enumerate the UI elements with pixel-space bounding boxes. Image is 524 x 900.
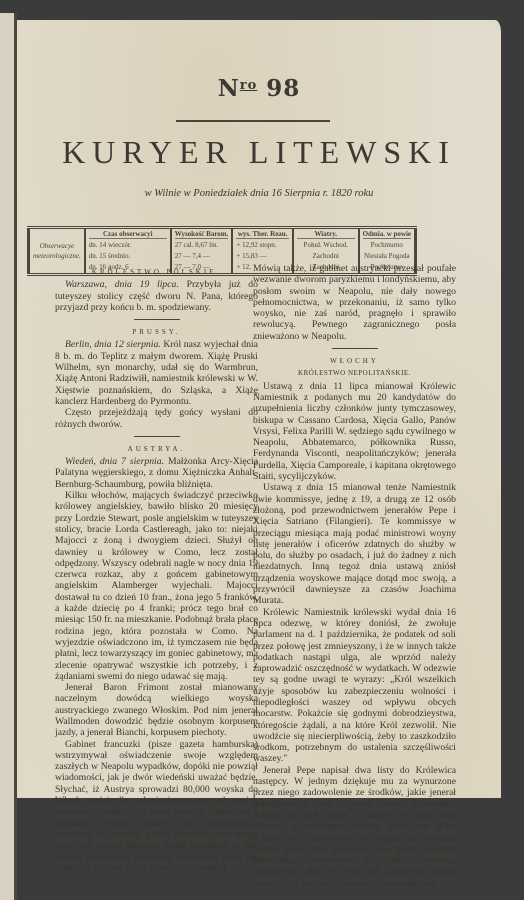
meteo-cell: dn. 15 średnio. <box>89 251 167 262</box>
article-paragraph: Mówią także, iż gabinet austryacki przes… <box>253 263 456 342</box>
newspaper-page: Nro 98 KURYER LITEWSKI w Wilnie w Ponied… <box>17 20 501 798</box>
article-paragraph: Berlin, dnia 12 sierpnia. Król nasz wyje… <box>55 339 258 407</box>
dateline: w Wilnie w Poniedziałek dnia 16 Sierpnia… <box>17 188 501 199</box>
article-paragraph: Kilku włochów, mających świadczyć przeci… <box>55 490 258 682</box>
section-heading: PRUSSY. <box>55 327 258 338</box>
article-paragraph: Jenerał Pepe napisał dwa listy do Królew… <box>253 765 456 889</box>
meteo-cell: 27 — 7,4 — <box>175 251 229 262</box>
meteo-header: wys. Ther. Reau. <box>236 230 289 239</box>
previous-page-edge <box>0 13 17 900</box>
issue-number-value: 98 <box>266 75 300 102</box>
meteo-cell: Połud. Wschod. <box>297 240 355 251</box>
meteo-cell: dn. 14 wieczór. <box>89 240 167 251</box>
section-divider <box>134 319 180 320</box>
meteo-cell: Pochmurno <box>363 240 411 251</box>
section-divider <box>332 348 378 349</box>
meteo-header: Wysokość Barom. <box>175 230 229 239</box>
article-paragraph: Często przejeżdżają tędy gońcy wysłani d… <box>55 407 258 430</box>
article-lead: Berlin, dnia 12 sierpnia. <box>65 339 161 350</box>
article-paragraph: Gabinet francuzki (pisze gazeta hambursk… <box>55 739 258 875</box>
newspaper-title: KURYER LITEWSKI <box>17 134 501 171</box>
article-paragraph: Wiedeń, dnia 7 sierpnia. Małżonka Arcy-X… <box>55 456 258 490</box>
meteo-cell: 27 cal. 8,67 lin. <box>175 240 229 251</box>
issue-number-sup: ro <box>240 78 258 93</box>
meteo-cell: Niestała Pogoda <box>363 251 411 262</box>
left-column: KRÓLESTWO POLSKIE. Warszawa, dnia 19 lip… <box>55 263 258 874</box>
meteo-header: Wiatry. <box>297 230 355 239</box>
article-paragraph: Królewic Namiestnik królewski wydał dnia… <box>253 607 456 765</box>
meteo-header: Odmia. w powie <box>363 230 411 239</box>
meteo-header: Czas obserwacyi <box>89 230 167 239</box>
article-paragraph: Warszawa, dnia 19 lipca. Przybyła już do… <box>55 279 258 313</box>
article-lead: Wiedeń, dnia 7 sierpnia. <box>65 456 164 467</box>
meteo-cell: Zachodni <box>297 251 355 262</box>
right-column: Mówią także, iż gabinet austryacki przes… <box>253 263 456 889</box>
meteo-cell: + 15,83 — <box>236 251 289 262</box>
section-heading: KRÓLESTWO POLSKIE. <box>55 267 258 278</box>
issue-number: Nro 98 <box>17 75 501 102</box>
section-heading: AUSTRYA. <box>55 444 258 455</box>
section-divider <box>134 436 180 437</box>
article-paragraph: Jenerał Baron Frimont został mianowany n… <box>55 682 258 738</box>
section-subheading: KRÓLESTWO NEPOLITAŃSKIE. <box>253 368 456 379</box>
section-heading: WŁOCHY <box>253 356 456 367</box>
issue-number-prefix: N <box>218 75 240 102</box>
article-paragraph: Ustawą z dnia 11 lipca mianował Królewic… <box>253 381 456 483</box>
meteo-cell: + 12,92 stopn. <box>236 240 289 251</box>
masthead-rule <box>176 120 330 122</box>
article-lead: Warszawa, dnia 19 lipca. <box>65 279 179 290</box>
article-paragraph: Ustawą z dnia 15 mianował tenże Namiestn… <box>253 482 456 606</box>
